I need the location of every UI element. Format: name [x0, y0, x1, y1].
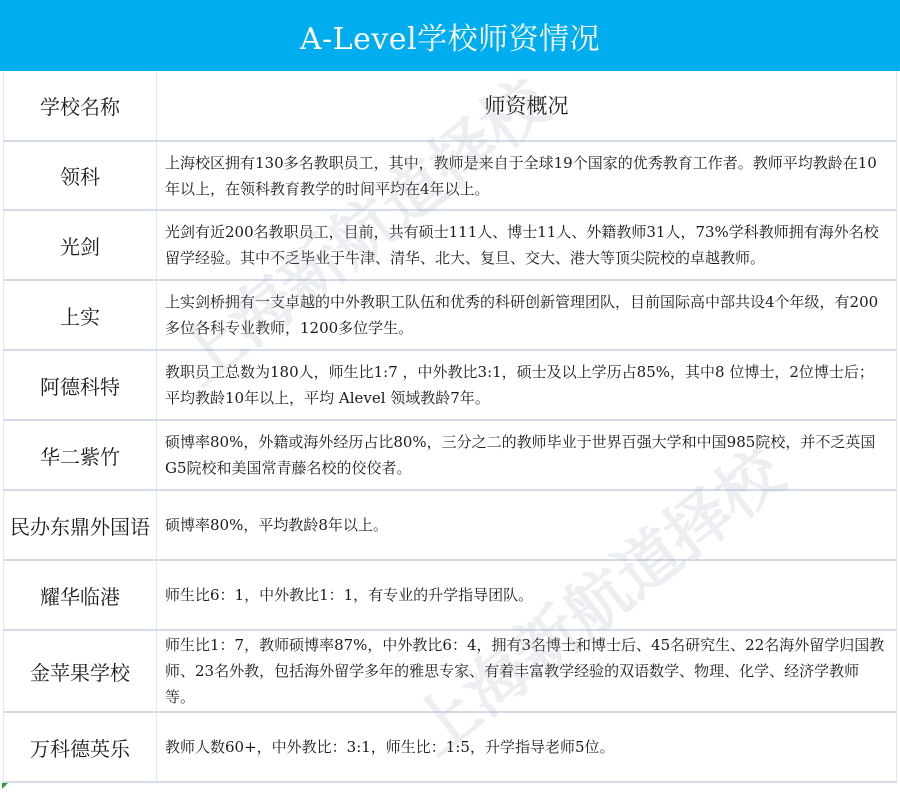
table-row: 上实 上实剑桥拥有一支卓越的中外教职工队伍和优秀的科研创新管理团队，目前国际高中… — [4, 280, 897, 350]
table-row: 阿德科特 教职员工总数为180人，师生比1:7 ，中外教比3:1，硕士及以上学历… — [4, 350, 897, 420]
school-name: 华二紫竹 — [4, 420, 157, 490]
table-row: 民办东鼎外国语 硕博率80%，平均教龄8年以上。 — [4, 490, 897, 560]
school-name: 万科德英乐 — [4, 712, 157, 782]
faculty-description: 师生比6：1，中外教比1：1，有专业的升学指导团队。 — [157, 560, 897, 630]
table-row: 光剑 光剑有近200名教职员工，目前，共有硕士111人、博士11人、外籍教师31… — [4, 210, 897, 280]
faculty-description: 上海校区拥有130多名教职员工，其中，教师是来自于全球19个国家的优秀教育工作者… — [157, 141, 897, 210]
table-row: 领科 上海校区拥有130多名教职员工，其中，教师是来自于全球19个国家的优秀教育… — [4, 141, 897, 210]
faculty-description: 上实剑桥拥有一支卓越的中外教职工队伍和优秀的科研创新管理团队，目前国际高中部共设… — [157, 280, 897, 350]
table-row: 万科德英乐 教师人数60+，中外教比：3:1，师生比：1:5，升学指导老师5位。 — [4, 712, 897, 782]
school-name: 阿德科特 — [4, 350, 157, 420]
school-name: 光剑 — [4, 210, 157, 280]
faculty-description: 光剑有近200名教职员工，目前，共有硕士111人、博士11人、外籍教师31人，7… — [157, 210, 897, 280]
table-row: 华二紫竹 硕博率80%，外籍或海外经历占比80%，三分之二的教师毕业于世界百强大… — [4, 420, 897, 490]
header-school-name: 学校名称 — [4, 71, 157, 141]
school-name: 金苹果学校 — [4, 630, 157, 712]
school-name: 上实 — [4, 280, 157, 350]
school-name: 领科 — [4, 141, 157, 210]
faculty-description: 教师人数60+，中外教比：3:1，师生比：1:5，升学指导老师5位。 — [157, 712, 897, 782]
faculty-table: 学校名称 师资概况 领科 上海校区拥有130多名教职员工，其中，教师是来自于全球… — [3, 71, 897, 783]
faculty-description: 硕博率80%，外籍或海外经历占比80%，三分之二的教师毕业于世界百强大学和中国9… — [157, 420, 897, 490]
table-row: 金苹果学校 师生比1：7，教师硕博率87%，中外教比6：4，拥有3名博士和博士后… — [4, 630, 897, 712]
corner-mark — [2, 783, 8, 789]
table-header-row: 学校名称 师资概况 — [4, 71, 897, 141]
faculty-description: 师生比1：7，教师硕博率87%，中外教比6：4，拥有3名博士和博士后、45名研究… — [157, 630, 897, 712]
school-name: 耀华临港 — [4, 560, 157, 630]
faculty-description: 硕博率80%，平均教龄8年以上。 — [157, 490, 897, 560]
school-name: 民办东鼎外国语 — [4, 490, 157, 560]
table-row: 耀华临港 师生比6：1，中外教比1：1，有专业的升学指导团队。 — [4, 560, 897, 630]
header-faculty-overview: 师资概况 — [157, 71, 897, 141]
page-title: A-Level学校师资情况 — [0, 0, 900, 71]
faculty-description: 教职员工总数为180人，师生比1:7 ，中外教比3:1，硕士及以上学历占85%，… — [157, 350, 897, 420]
